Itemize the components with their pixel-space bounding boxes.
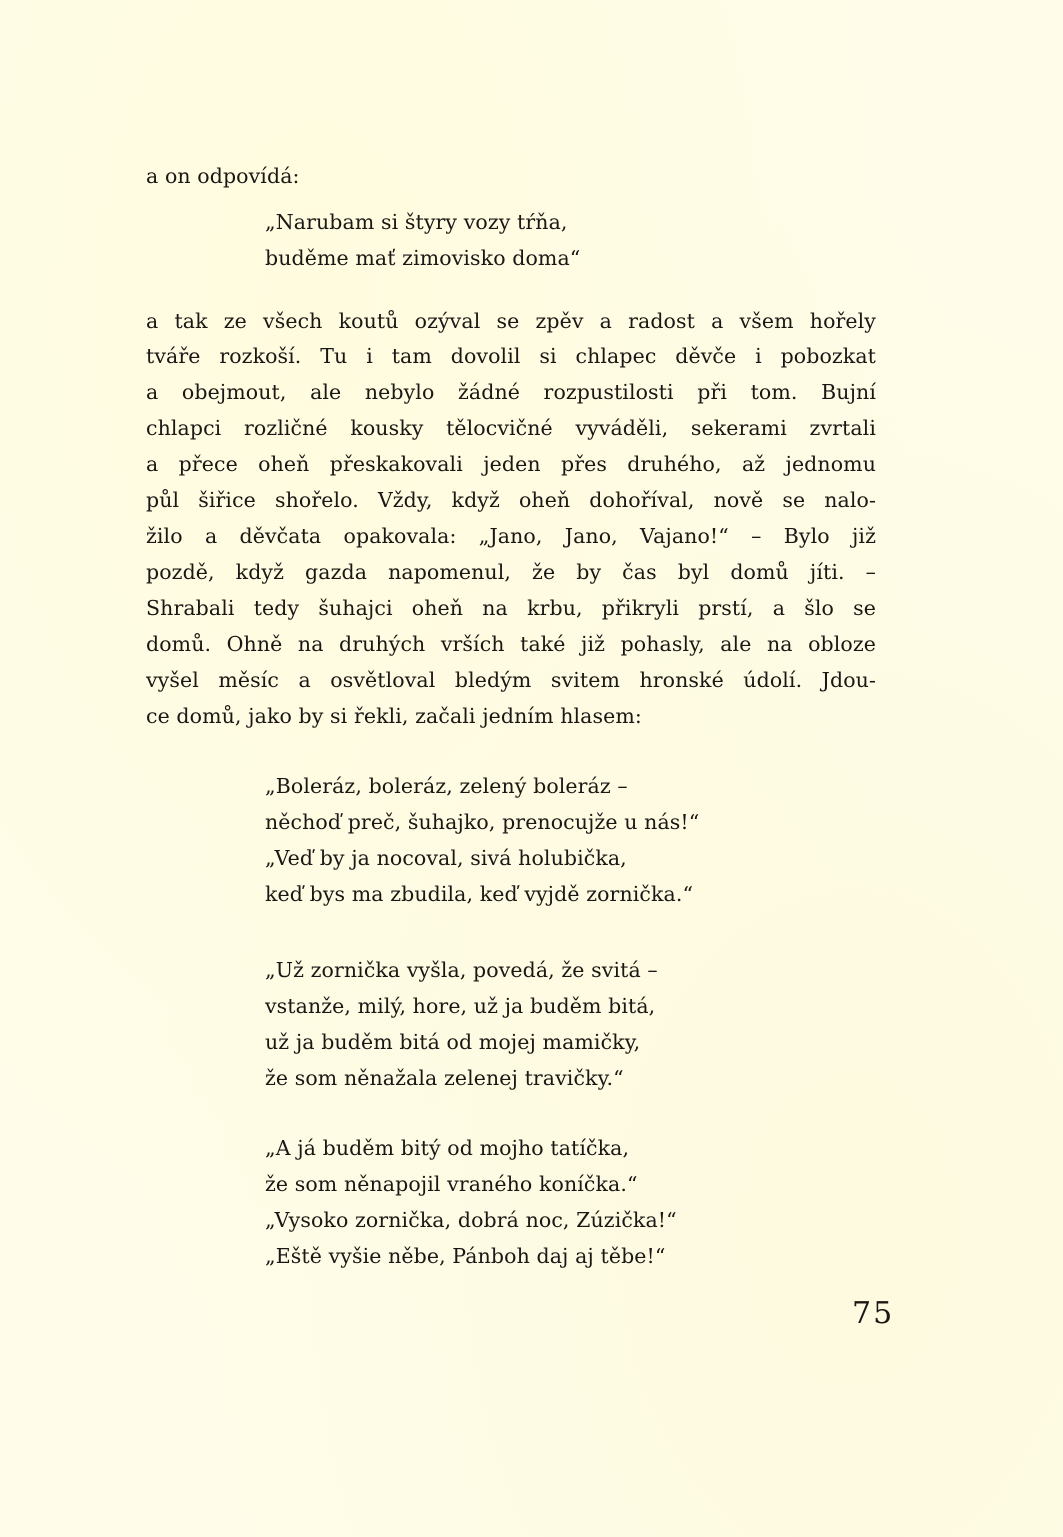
verse-line: „Už zornička vyšla, povedá, že svitá – [265, 960, 658, 981]
verse-line: „Vysoko zornička, dobrá noc, Zúzička!“ [265, 1210, 677, 1231]
verse-line: „Boleráz, boleráz, zelený boleráz – [265, 776, 628, 797]
verse-line: „Eště vyšie něbe, Pánboh daj aj těbe!“ [265, 1246, 665, 1267]
book-page: a on odpovídá: „Narubam si štyry vozy tŕ… [0, 0, 1063, 1537]
verse-line: něchoď preč, šuhajko, prenocujže u nás!“ [265, 812, 699, 833]
paragraph-line: žilo a děvčata opakovala: „Jano, Jano, V… [146, 526, 876, 547]
paragraph-line: chlapci rozličné kousky tělocvičné vyvád… [146, 418, 876, 439]
paragraph-line: tváře rozkoší. Tu i tam dovolil si chlap… [146, 346, 876, 367]
verse-line: že som něnažala zelenej travičky.“ [265, 1068, 624, 1089]
page-number: 75 [852, 1296, 894, 1331]
verse-line: buděme mať zimovisko doma“ [265, 248, 580, 269]
verse-line: už ja buděm bitá od mojej mamičky, [265, 1032, 640, 1053]
paragraph-line: vyšel měsíc a osvětloval bledým svitem h… [146, 670, 876, 691]
paragraph-line: a tak ze všech koutů ozýval se zpěv a ra… [146, 311, 876, 332]
paragraph-line: půl šiřice shořelo. Vždy, když oheň doho… [146, 490, 876, 511]
verse-line: „A já buděm bitý od mojho tatíčka, [265, 1138, 629, 1159]
intro-line: a on odpovídá: [146, 166, 300, 187]
verse-line: že som něnapojil vraného koníčka.“ [265, 1174, 638, 1195]
paragraph-line: a obejmout, ale nebylo žádné rozpustilos… [146, 382, 876, 403]
verse-line: „Narubam si štyry vozy tŕňa, [265, 212, 568, 233]
verse-line: vstanže, milý, hore, už ja buděm bitá, [265, 996, 655, 1017]
verse-line: „Veď by ja nocoval, sivá holubička, [265, 848, 627, 869]
paragraph-line: domů. Ohně na druhých vrších také již po… [146, 634, 876, 655]
paragraph-line: pozdě, když gazda napomenul, že by čas b… [146, 562, 876, 583]
paragraph-line: ce domů, jako by si řekli, začali jedním… [146, 706, 876, 727]
paragraph-line: a přece oheň přeskakovali jeden přes dru… [146, 454, 876, 475]
paragraph-line: Shrabali tedy šuhajci oheň na krbu, přik… [146, 598, 876, 619]
verse-line: keď bys ma zbudila, keď vyjdě zornička.“ [265, 884, 693, 905]
